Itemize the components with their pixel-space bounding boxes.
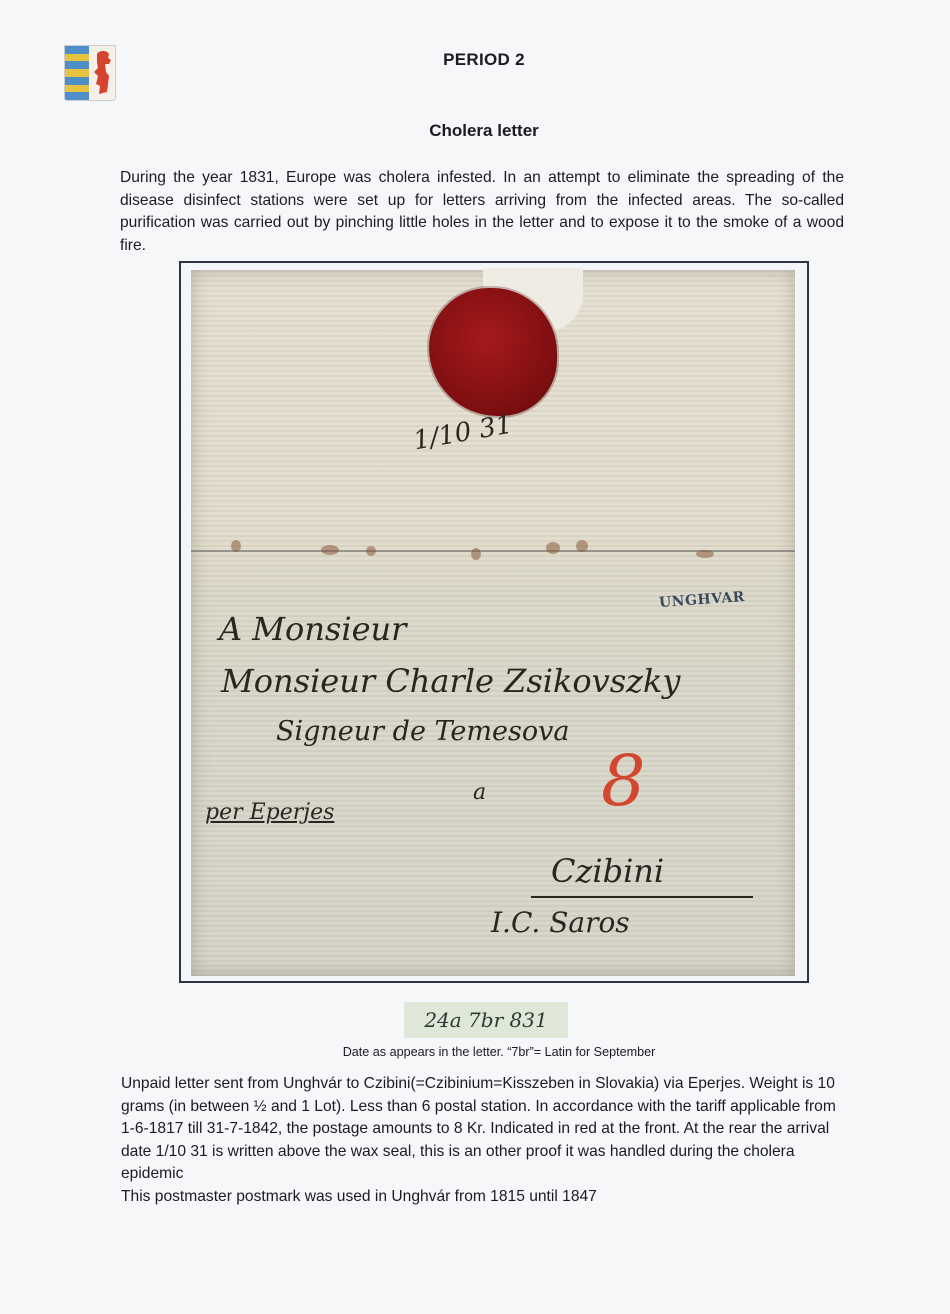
stain [231, 540, 241, 552]
stain [471, 548, 481, 560]
description-paragraph: Unpaid letter sent from Unghvár to Czibi… [121, 1073, 845, 1186]
stain [576, 540, 588, 552]
description: Unpaid letter sent from Unghvár to Czibi… [121, 1073, 845, 1208]
wax-seal-icon [429, 288, 557, 416]
destination: Czibini [551, 852, 664, 890]
unghvar-postmark: UNGHVAR [659, 589, 746, 611]
intro-paragraph: During the year 1831, Europe was cholera… [120, 167, 844, 257]
stain [546, 542, 560, 554]
underline [531, 896, 753, 898]
date-clip-image: 24a 7br 831 [404, 1002, 568, 1038]
letter-image: 1/10 31 UNGHVAR A Monsieur Monsieur Char… [191, 270, 795, 976]
address-line-2: Monsieur Charle Zsikovszky [221, 662, 681, 700]
arrival-date-note: 1/10 31 [411, 410, 514, 457]
stain [696, 550, 714, 558]
letter-photo-mount: 1/10 31 UNGHVAR A Monsieur Monsieur Char… [179, 261, 809, 983]
date-caption: Date as appears in the letter. “7br”= La… [0, 1045, 950, 1059]
postage-mark: 8 [601, 740, 646, 822]
destination-sub: I.C. Saros [491, 906, 630, 939]
stain [321, 545, 339, 555]
page-title: PERIOD 2 [0, 50, 950, 70]
a-note: a [473, 780, 486, 805]
routing-note: per Eperjes [205, 800, 334, 825]
address-line-3: Signeur de Temesova [276, 716, 569, 747]
description-paragraph: This postmaster postmark was used in Ung… [121, 1186, 845, 1209]
address-line-1: A Monsieur [219, 610, 406, 648]
section-title: Cholera letter [0, 121, 950, 141]
stain [366, 546, 376, 556]
